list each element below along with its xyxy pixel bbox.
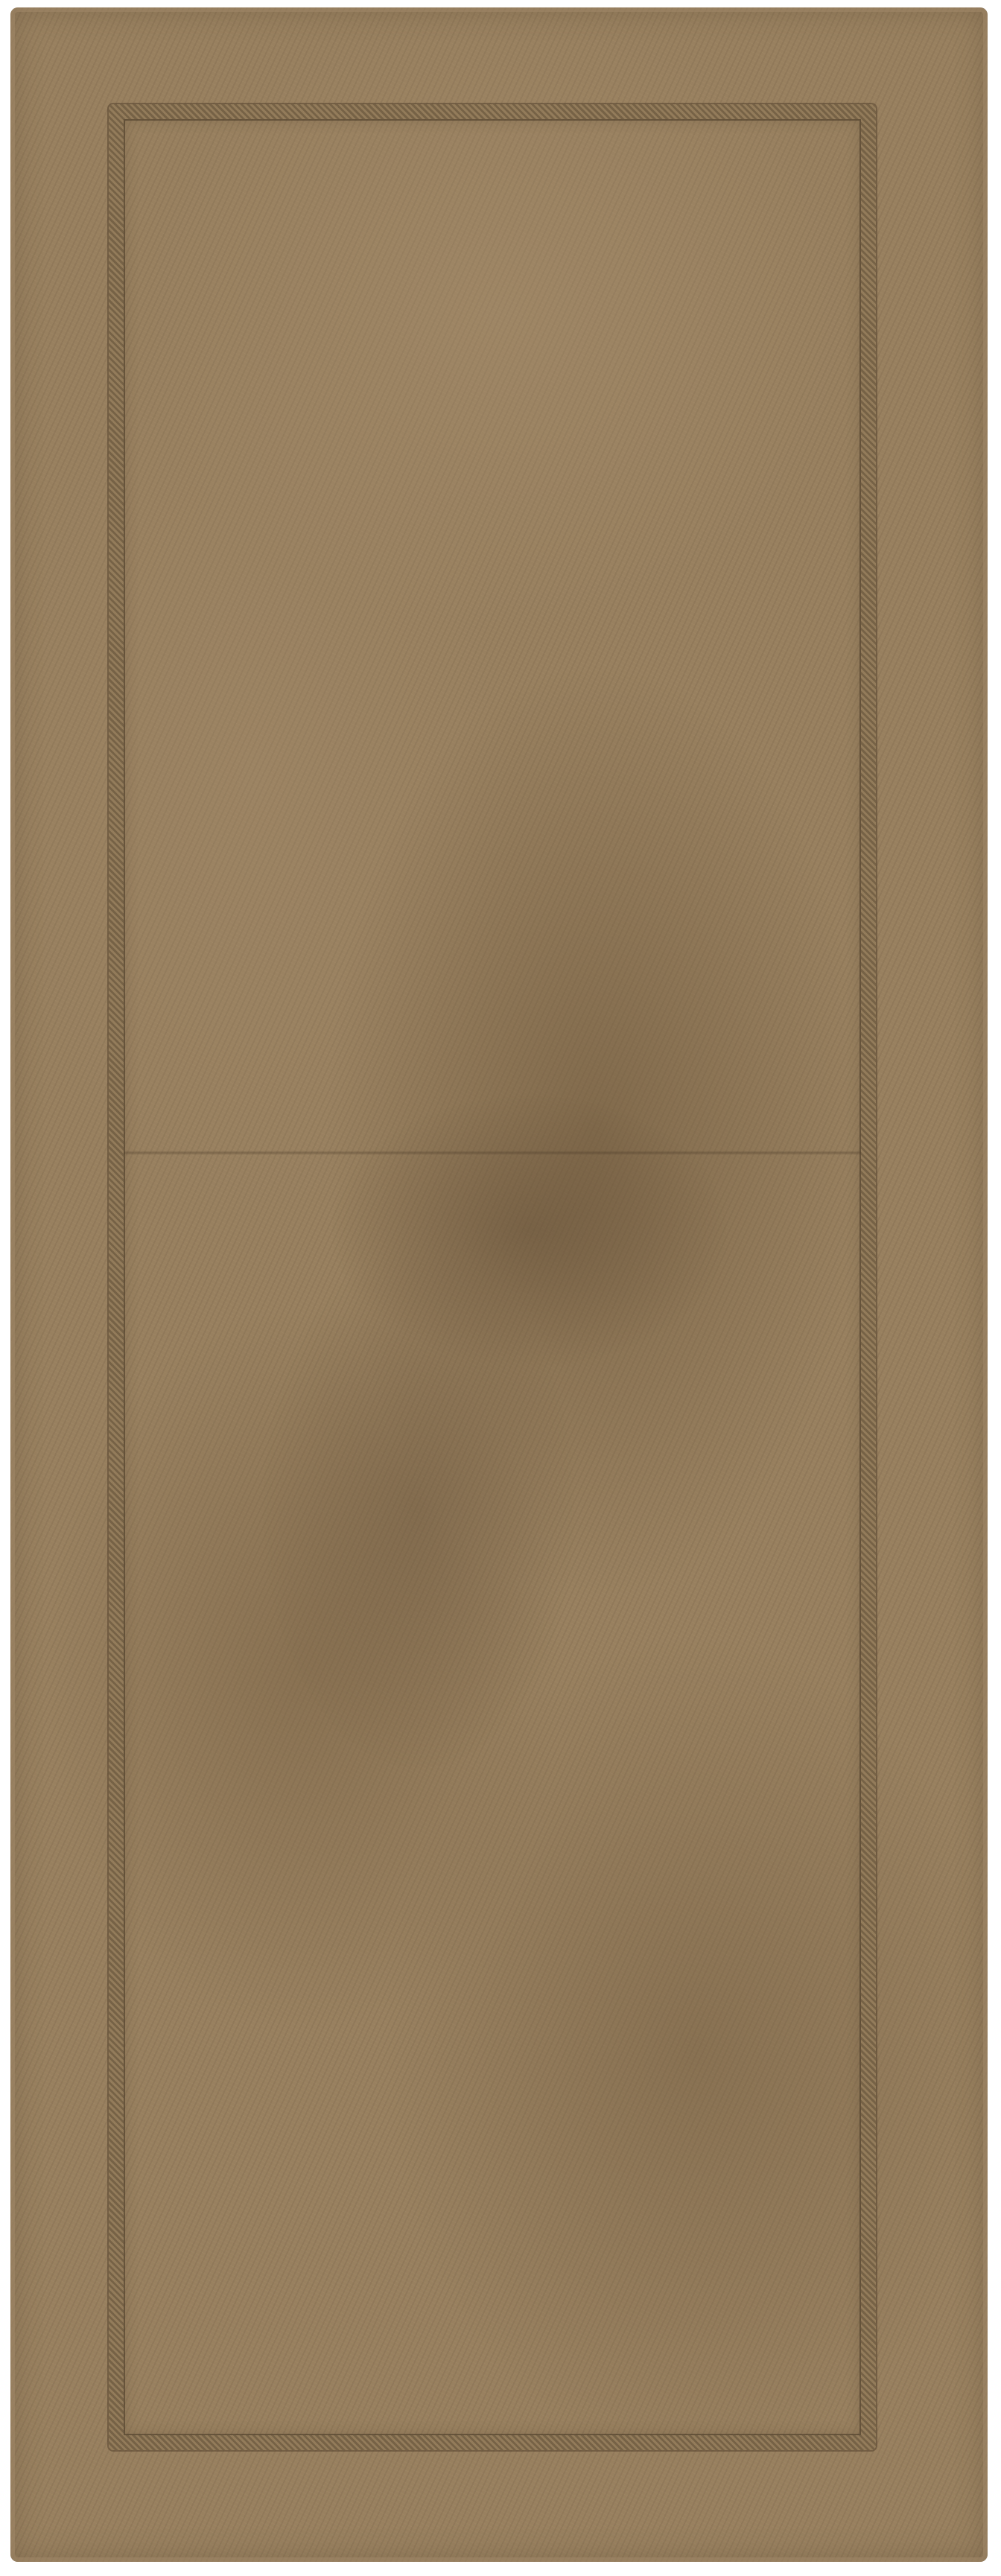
product-photo: [0, 0, 1001, 2576]
rug-fold-crease: [124, 1151, 861, 1155]
rug-looped-inner-border: [109, 104, 876, 2450]
